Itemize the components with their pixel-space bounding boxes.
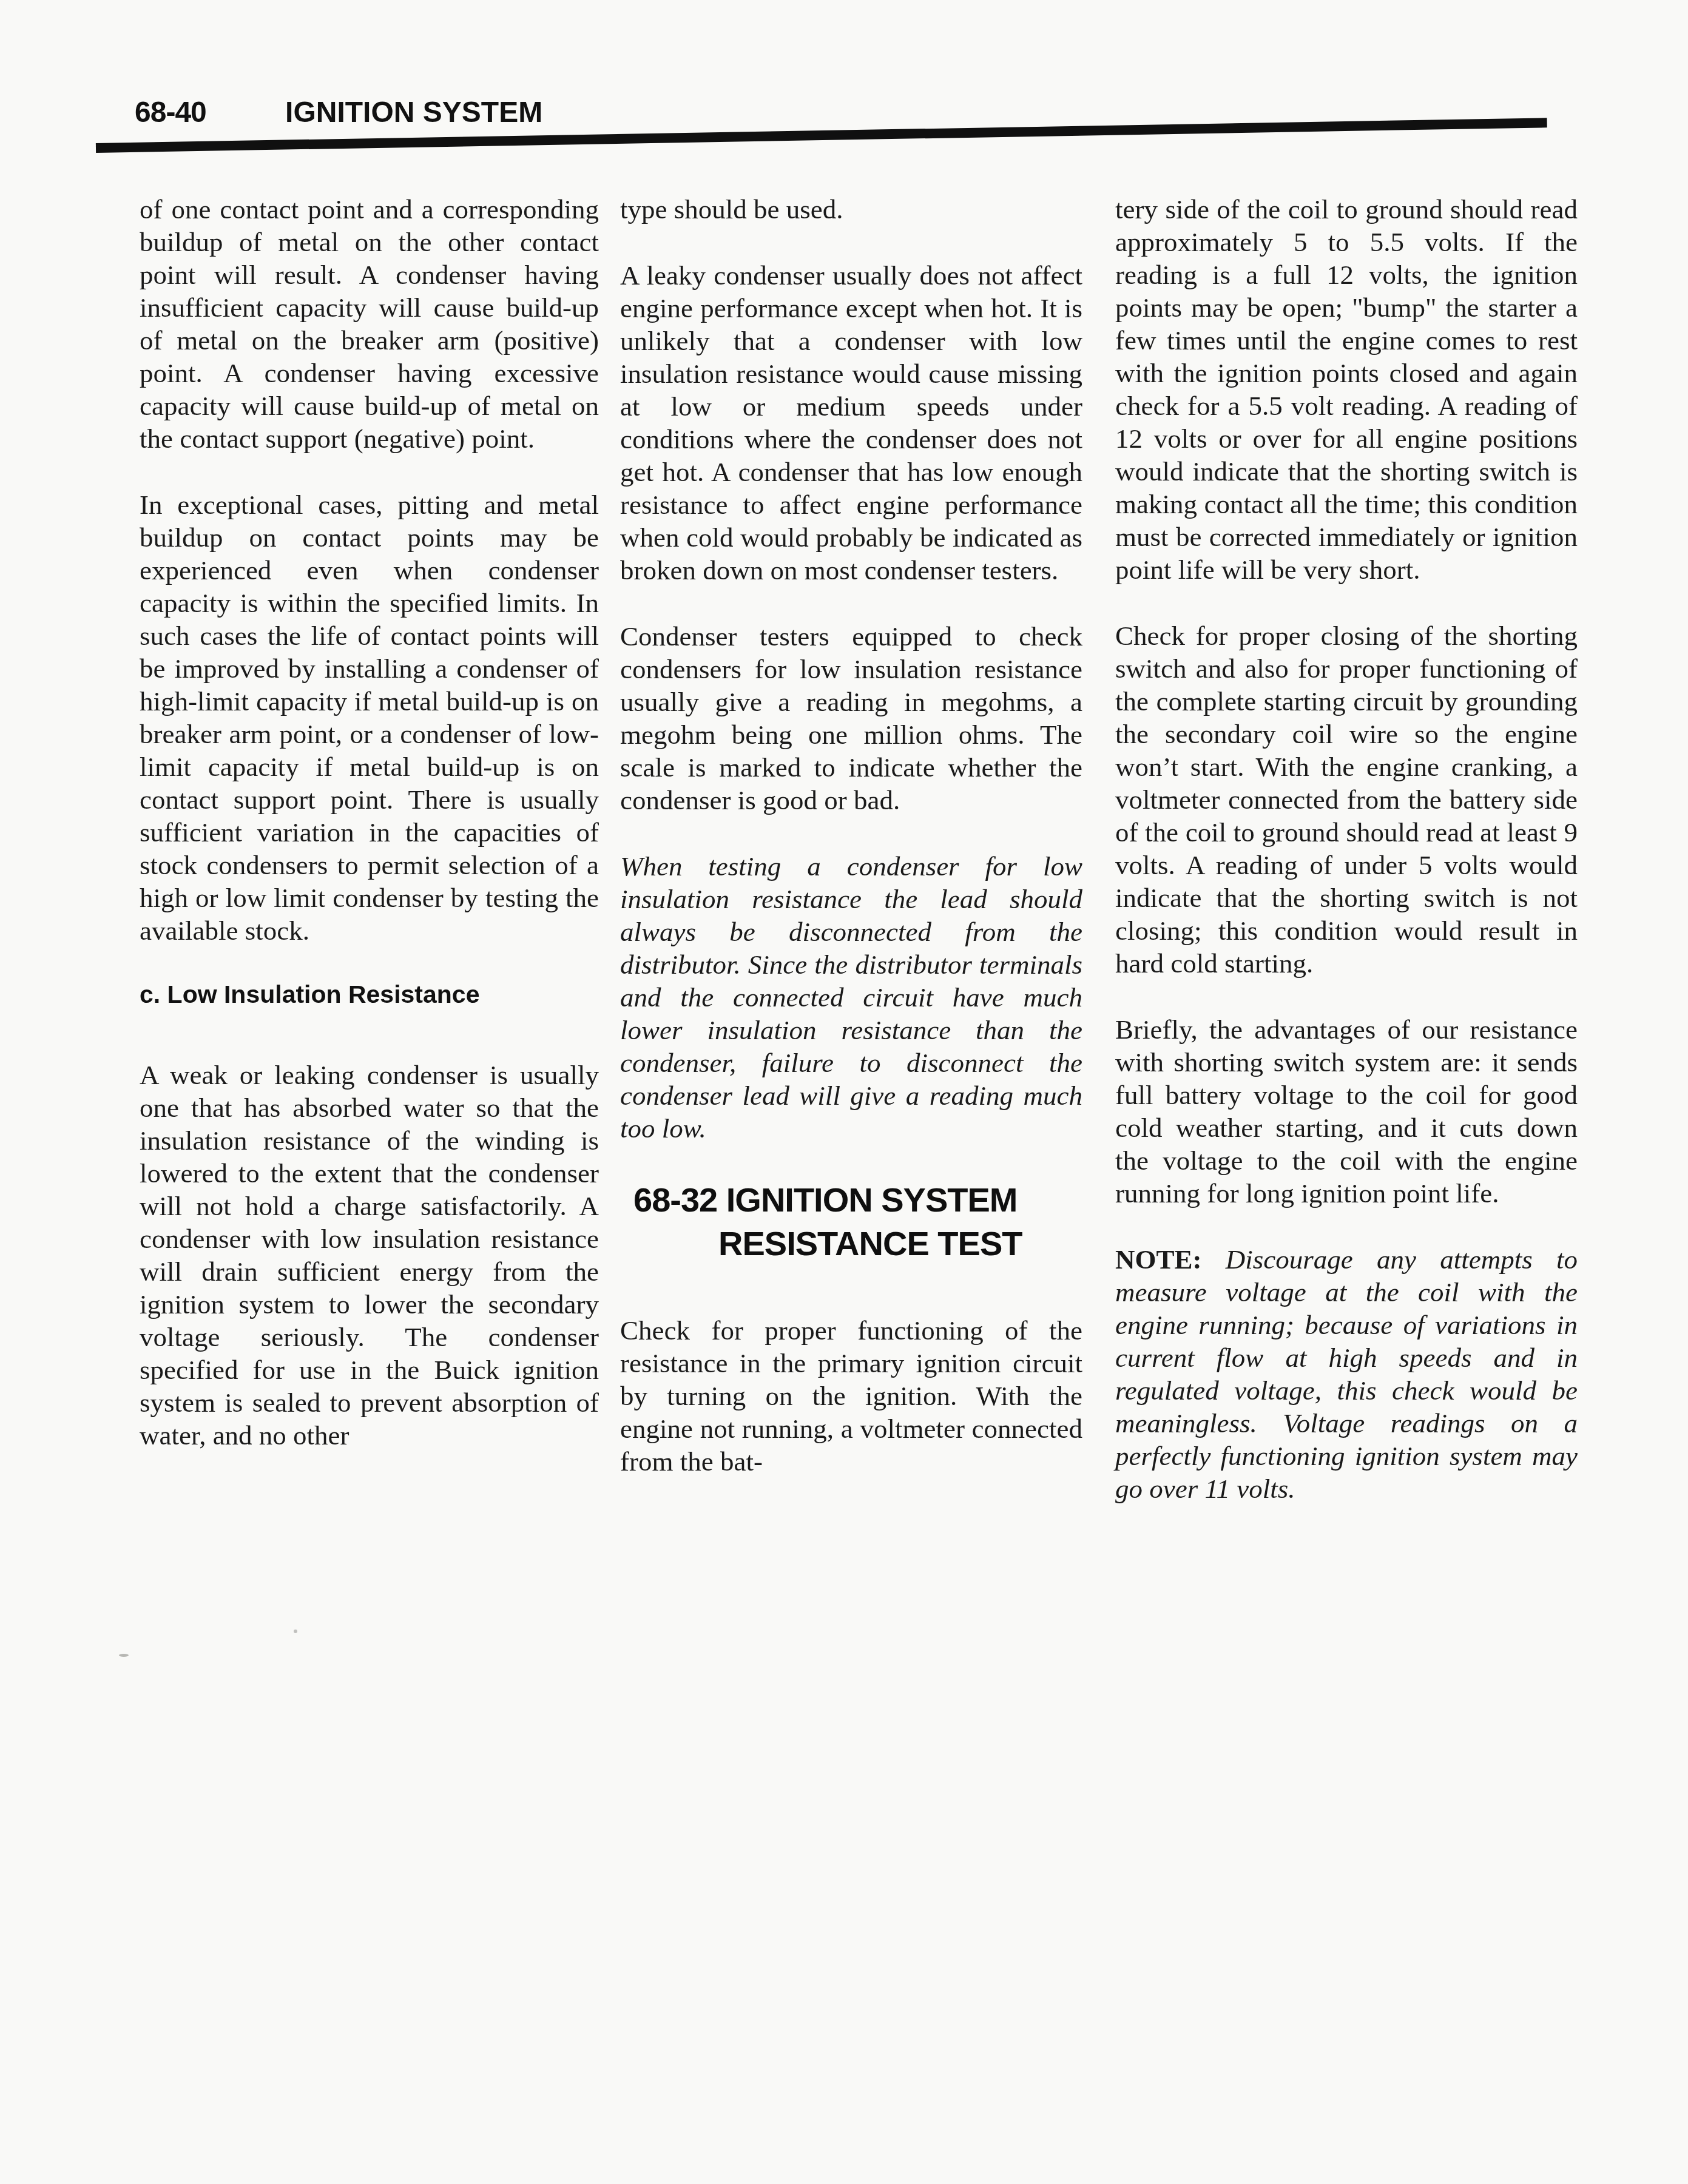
column-3: tery side of the coil to ground should r…	[1115, 193, 1578, 1539]
body-paragraph: Check for proper functioning of the resi…	[620, 1314, 1082, 1478]
text-columns: of one contact point and a corresponding…	[140, 193, 1578, 1539]
body-paragraph: of one contact point and a corresponding…	[140, 193, 599, 455]
note-paragraph: NOTE: Discourage any attempts to measure…	[1115, 1243, 1578, 1505]
page-number: 68-40	[135, 96, 206, 129]
body-paragraph: Briefly, the advantages of our resistanc…	[1115, 1013, 1578, 1210]
note-label: NOTE:	[1115, 1244, 1202, 1275]
body-paragraph: In exceptional cases, pitting and metal …	[140, 488, 599, 947]
subsection-heading-low-insulation-resistance: c. Low Insulation Resistance	[140, 980, 599, 1009]
column-1: of one contact point and a corresponding…	[140, 193, 599, 1485]
section-heading-ignition-system-resistance-test: 68-32 IGNITION SYSTEM RESISTANCE TEST	[620, 1178, 1082, 1266]
scan-speck	[294, 1630, 297, 1633]
body-paragraph: Condenser testers equipped to check cond…	[620, 620, 1082, 817]
manual-page: 68-40 IGNITION SYSTEM of one contact poi…	[0, 0, 1688, 2184]
body-paragraph: type should be used.	[620, 193, 1082, 226]
scan-speck	[119, 1654, 129, 1657]
section-heading-line-2: RESISTANCE TEST	[620, 1222, 1082, 1266]
body-paragraph: tery side of the coil to ground should r…	[1115, 193, 1578, 586]
body-paragraph: A leaky condenser usually does not affec…	[620, 259, 1082, 587]
page-title: IGNITION SYSTEM	[285, 96, 542, 129]
section-heading-line-1: 68-32 IGNITION SYSTEM	[620, 1178, 1082, 1222]
note-text: Discourage any attempts to measure volta…	[1115, 1244, 1578, 1504]
page-header: 68-40 IGNITION SYSTEM	[135, 96, 542, 129]
body-paragraph: Check for proper closing of the shorting…	[1115, 619, 1578, 980]
italic-caution-paragraph: When testing a condenser for low insulat…	[620, 850, 1082, 1145]
body-paragraph: A weak or leaking condenser is usually o…	[140, 1059, 599, 1452]
column-2: type should be used. A leaky condenser u…	[620, 193, 1082, 1511]
